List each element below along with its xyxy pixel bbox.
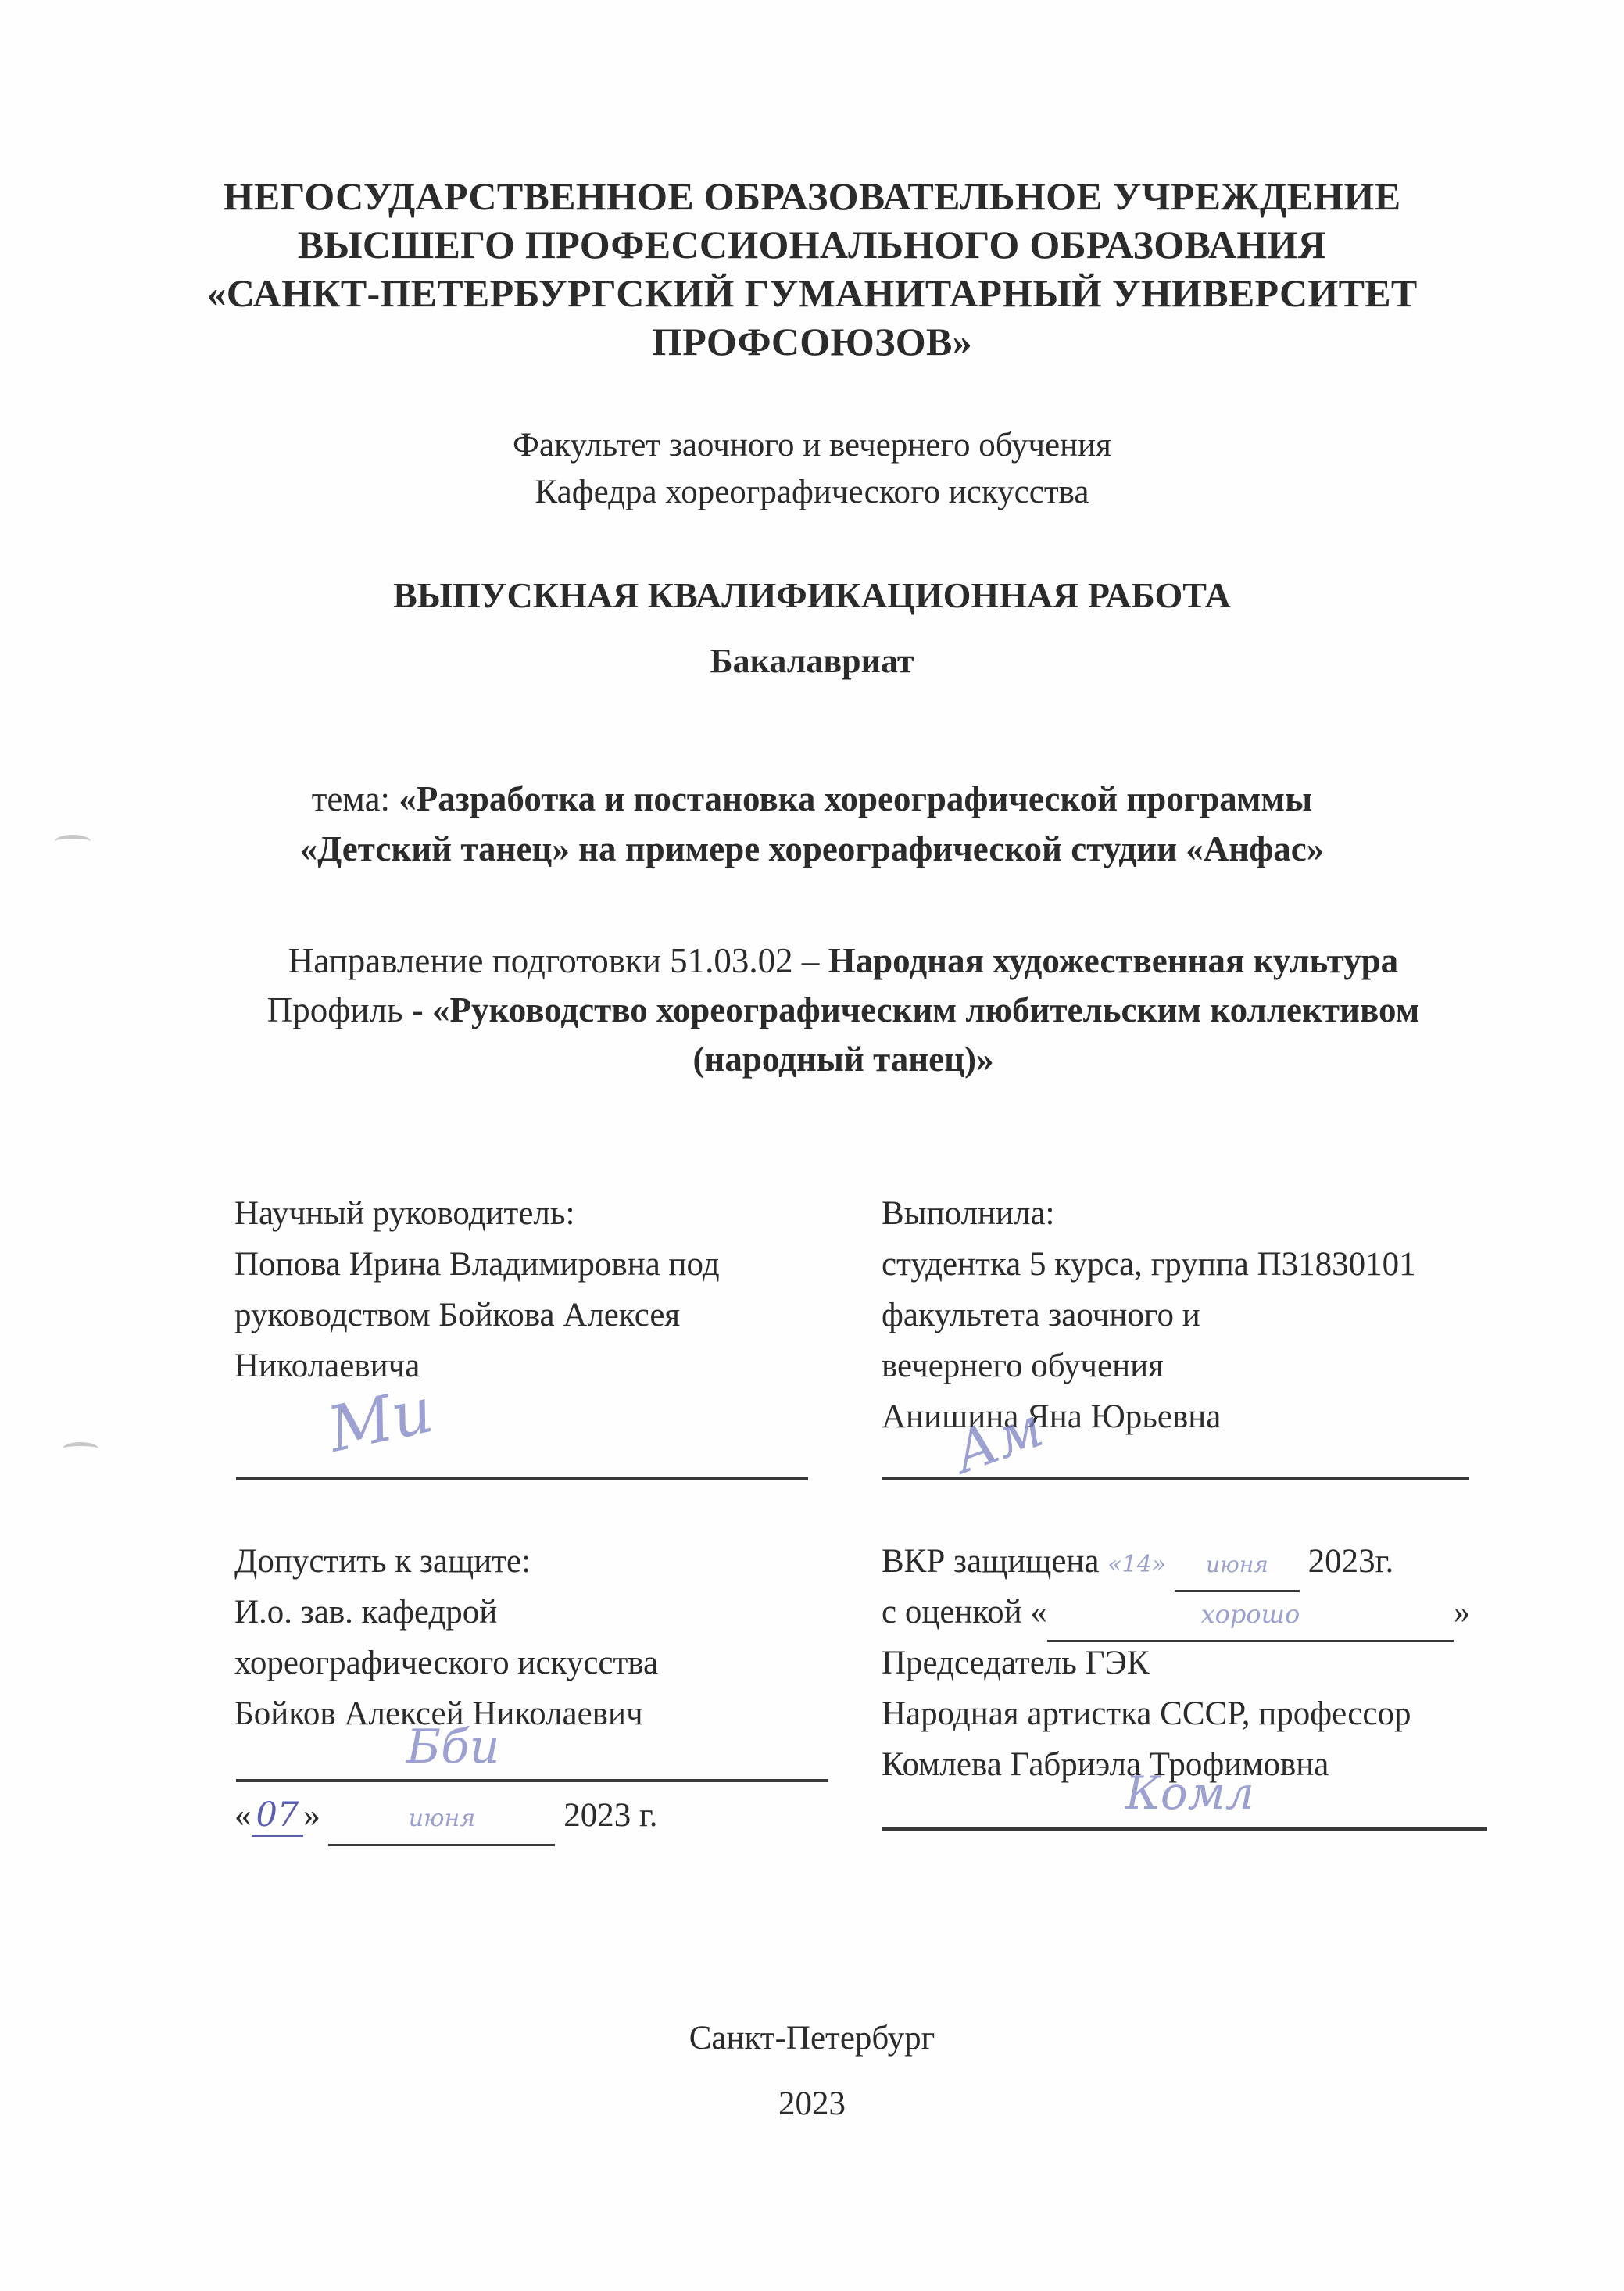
direction-value: Народная художественная культура — [828, 941, 1399, 980]
student-signature-line — [882, 1477, 1469, 1480]
work-type: ВЫПУСКНАЯ КВАЛИФИКАЦИОННАЯ РАБОТА — [0, 575, 1624, 616]
direction-label: Направление подготовки 51.03.02 – — [288, 941, 828, 980]
admission-signature: Ббu — [406, 1720, 499, 1774]
degree: Бакалавриат — [0, 641, 1624, 681]
admission-line: И.о. зав. кафедрой — [234, 1587, 658, 1638]
admission-date-year: 2023 г. — [563, 1797, 657, 1834]
footer-year: 2023 — [0, 2081, 1624, 2128]
header-line: НЕГОСУДАРСТВЕННОЕ ОБРАЗОВАТЕЛЬНОЕ УЧРЕЖД… — [0, 172, 1624, 220]
admission-block: Допустить к защите: И.о. зав. кафедрой х… — [234, 1536, 658, 1739]
direction-block: Направление подготовки 51.03.02 – Народн… — [31, 936, 1624, 1084]
scan-artifact — [63, 1442, 98, 1455]
title-page: НЕГОСУДАРСТВЕННОЕ ОБРАЗОВАТЕЛЬНОЕ УЧРЕЖД… — [0, 0, 1624, 2291]
supervisor-heading: Научный руководитель: — [234, 1188, 720, 1239]
chair-signature: Комл — [1125, 1767, 1254, 1820]
faculty-block: Факультет заочного и вечернего обучения … — [0, 422, 1624, 516]
institution-header: НЕГОСУДАРСТВЕННОЕ ОБРАЗОВАТЕЛЬНОЕ УЧРЕЖД… — [0, 172, 1624, 366]
student-line: студентка 5 курса, группа П31830101 — [882, 1239, 1416, 1290]
header-line: ВЫСШЕГО ПРОФЕССИОНАЛЬНОГО ОБРАЗОВАНИЯ — [0, 220, 1624, 269]
student-heading: Выполнила: — [882, 1188, 1416, 1239]
chair-rank: Народная артистка СССР, профессор — [882, 1688, 1470, 1739]
admission-date-day: 07 — [252, 1795, 304, 1837]
defense-year: 2023г. — [1308, 1543, 1394, 1580]
topic-block: тема: «Разработка и постановка хореограф… — [0, 774, 1624, 874]
defense-block: ВКР защищена «14» июня 2023г. с оценкой … — [882, 1536, 1470, 1790]
supervisor-signature-line — [236, 1477, 808, 1480]
footer-city: Санкт-Петербург — [0, 2015, 1624, 2062]
admission-heading: Допустить к защите: — [234, 1536, 658, 1587]
department-name: Кафедра хореографического искусства — [0, 469, 1624, 516]
admission-signature-line — [236, 1779, 828, 1782]
chair-title: Председатель ГЭК — [882, 1638, 1470, 1688]
student-line: факультета заочного и — [882, 1290, 1416, 1341]
student-line: вечернего обучения — [882, 1341, 1416, 1391]
faculty-name: Факультет заочного и вечернего обучения — [0, 422, 1624, 469]
grade-value: хорошо — [1047, 1589, 1454, 1642]
topic-line1: «Разработка и постановка хореографическо… — [399, 779, 1312, 818]
admission-line: хореографического искусства — [234, 1638, 658, 1688]
admission-date: «07» июня 2023 г. — [234, 1790, 658, 1841]
supervisor-line: Попова Ирина Владимировна под — [234, 1239, 720, 1290]
grade-label: с оценкой « — [882, 1594, 1047, 1631]
profile-label: Профиль - — [267, 990, 432, 1029]
admission-date-month: июня — [328, 1793, 555, 1846]
grade-close: » — [1454, 1594, 1471, 1631]
supervisor-block: Научный руководитель: Попова Ирина Влади… — [234, 1188, 720, 1391]
date-quote-open: « — [234, 1797, 252, 1834]
defense-month: июня — [1175, 1539, 1300, 1592]
header-line: ПРОФСОЮЗОВ» — [0, 317, 1624, 366]
date-quote-close: » — [303, 1797, 320, 1834]
supervisor-line: Николаевича — [234, 1341, 720, 1391]
topic-prefix: тема: — [312, 779, 399, 818]
topic-line2: «Детский танец» на примере хореографичес… — [0, 824, 1624, 874]
profile-value-line1: «Руководство хореографическим любительск… — [432, 990, 1419, 1029]
defense-day: «14» — [1107, 1551, 1166, 1578]
defense-label: ВКР защищена — [882, 1543, 1100, 1580]
header-line: «САНКТ-ПЕТЕРБУРГСКИЙ ГУМАНИТАРНЫЙ УНИВЕР… — [0, 269, 1624, 317]
student-block: Выполнила: студентка 5 курса, группа П31… — [882, 1188, 1416, 1442]
chair-signature-line — [882, 1827, 1487, 1831]
profile-value-line2: (народный танец)» — [31, 1035, 1624, 1084]
supervisor-line: руководством Бойкова Алексея — [234, 1290, 720, 1341]
